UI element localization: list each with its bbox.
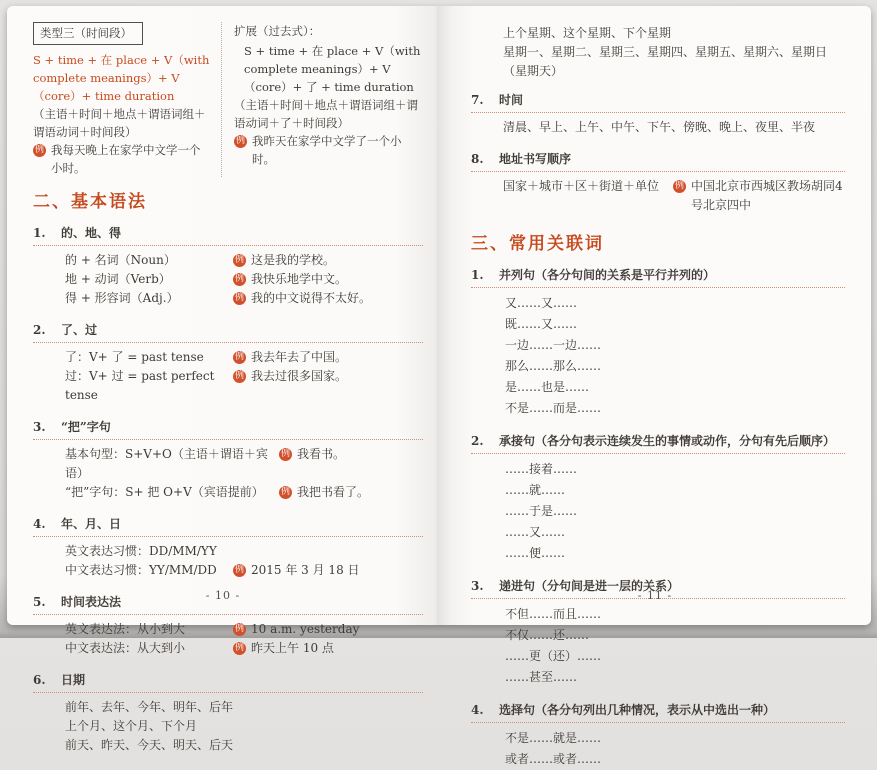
- pattern-line: 不但……而且……: [505, 604, 845, 625]
- item-number: 4.: [33, 515, 49, 534]
- rule-text: 国家＋城市＋区＋街道＋单位: [503, 177, 659, 196]
- item6-continuation: 上个星期、这个星期、下个星期 星期一、星期二、星期三、星期四、星期五、星期六、星…: [503, 24, 845, 81]
- pattern-line: ……又……: [505, 522, 845, 543]
- pattern-type3-gloss: （主语＋时间＋地点＋谓语词组＋谓语动词＋时间段）: [33, 105, 211, 141]
- pattern-line: ……就……: [505, 480, 845, 501]
- pattern-type3-formula: S + time + 在 place + V（with complete mea…: [33, 51, 211, 105]
- pattern-line: 既……又……: [505, 314, 845, 335]
- page-left: 类型三（时间段） S + time + 在 place + V（with com…: [7, 6, 439, 625]
- item-title: “把”字句: [61, 418, 111, 437]
- example-text: 我的中文说得不太好。: [251, 289, 371, 308]
- item-lines: 不但……而且…… 不仅……还…… ……更（还）…… ……甚至……: [505, 604, 845, 638]
- example-badge: 例: [233, 273, 246, 286]
- section-title-conjunctions: 三、常用关联词: [471, 235, 845, 254]
- conjunction-item-2: 2. 承接句（各分句表示连续发生的事情或动作，分句有先后顺序） ……接着…… ……: [471, 432, 845, 564]
- page-number-right: - 11 -: [439, 586, 871, 605]
- item-rows: 基本句型：S+V+O（主语＋谓语＋宾语） 例 我看书。 “把”字句：S+ 把 O…: [65, 445, 423, 502]
- example-text: 10 a.m. yesterday: [251, 620, 359, 638]
- pattern-line: ……于是……: [505, 501, 845, 522]
- section-title-basic-grammar: 二、基本语法: [33, 193, 423, 212]
- grammar-item-7: 7. 时间 清晨、早上、上午、中午、下午、傍晚、晚上、夜里、半夜: [471, 91, 845, 137]
- rule-row: 中文表达习惯：YY/MM/DD 例 2015 年 3 月 18 日: [65, 561, 423, 580]
- pattern-line: 那么……那么……: [505, 356, 845, 377]
- sentence-pattern-block: 类型三（时间段） S + time + 在 place + V（with com…: [33, 22, 423, 177]
- pattern-line: 不仅……还……: [505, 625, 845, 638]
- example-badge: 例: [234, 135, 247, 148]
- example-text: 中国北京市西城区教场胡同4号北京四中: [691, 177, 845, 215]
- rule-row: 国家＋城市＋区＋街道＋单位 例 中国北京市西城区教场胡同4号北京四中: [503, 177, 845, 215]
- vocab-line: 星期一、星期二、星期三、星期四、星期五、星期六、星期日（星期天）: [503, 43, 845, 81]
- pattern-line: ……接着……: [505, 459, 845, 480]
- item-heading: 2. 承接句（各分句表示连续发生的事情或动作，分句有先后顺序）: [471, 432, 845, 454]
- example-badge: 例: [33, 144, 46, 157]
- item-heading: 2. 了、过: [33, 321, 423, 343]
- example-badge: 例: [233, 370, 246, 383]
- example-text: 我昨天在家学中文学了一个小时。: [252, 132, 423, 168]
- example-badge: 例: [233, 254, 246, 267]
- item-heading: 3. “把”字句: [33, 418, 423, 440]
- rule-text: 基本句型：S+V+O（主语＋谓语＋宾语）: [65, 445, 279, 483]
- rule-row: 的 + 名词（Noun） 例 这是我的学校。: [65, 251, 423, 270]
- example-badge: 例: [233, 623, 246, 636]
- book-spread: 类型三（时间段） S + time + 在 place + V（with com…: [7, 6, 871, 625]
- pattern-extension-column: 扩展（过去式）： S + time + 在 place + V（with com…: [221, 22, 423, 177]
- rule-text: 了：V+ 了 = past tense: [65, 348, 233, 367]
- example-badge: 例: [233, 564, 246, 577]
- grammar-item-8: 8. 地址书写顺序 国家＋城市＋区＋街道＋单位 例 中国北京市西城区教场胡同4号…: [471, 150, 845, 215]
- item-number: 3.: [33, 418, 49, 437]
- example-text: 2015 年 3 月 18 日: [251, 561, 360, 580]
- rule-text: 中文表达习惯：YY/MM/DD: [65, 561, 233, 580]
- item-rows: 的 + 名词（Noun） 例 这是我的学校。 地 + 动词（Verb） 例 我快…: [65, 251, 423, 308]
- rule-row: 英文表达习惯：DD/MM/YY: [65, 542, 423, 561]
- item-heading: 8. 地址书写顺序: [471, 150, 845, 172]
- page-right: 上个星期、这个星期、下个星期 星期一、星期二、星期三、星期四、星期五、星期六、星…: [439, 6, 871, 625]
- rule-text: 英文表达习惯：DD/MM/YY: [65, 542, 233, 561]
- vocab-line: 清晨、早上、上午、中午、下午、傍晚、晚上、夜里、半夜: [503, 118, 845, 137]
- grammar-item-4: 4. 年、月、日 英文表达习惯：DD/MM/YY 中文表达习惯：YY/MM/DD…: [33, 515, 423, 580]
- item-title: 时间: [499, 91, 523, 110]
- rule-row: 了：V+ 了 = past tense 例 我去年去了中国。: [65, 348, 423, 367]
- rule-row: “把”字句：S+ 把 O+V（宾语提前） 例 我把书看了。: [65, 483, 423, 502]
- item-rows: 英文表达习惯：DD/MM/YY 中文表达习惯：YY/MM/DD 例 2015 年…: [65, 542, 423, 580]
- example-badge: 例: [279, 486, 292, 499]
- grammar-item-3: 3. “把”字句 基本句型：S+V+O（主语＋谓语＋宾语） 例 我看书。 “把”…: [33, 418, 423, 502]
- example-line: 例 我昨天在家学中文学了一个小时。: [234, 132, 423, 168]
- pattern-type3-column: 类型三（时间段） S + time + 在 place + V（with com…: [33, 22, 211, 177]
- example-text: 我去过很多国家。: [251, 367, 347, 386]
- rule-text: 英文表达法：从小到大: [65, 620, 233, 638]
- item-heading: 7. 时间: [471, 91, 845, 113]
- pattern-type3-title: 类型三（时间段）: [33, 22, 143, 45]
- item-title: 的、地、得: [61, 224, 121, 243]
- example-text: 我去年去了中国。: [251, 348, 347, 367]
- item-number: 1.: [33, 224, 49, 243]
- example-text: 我快乐地学中文。: [251, 270, 347, 289]
- vocab-line: 上个星期、这个星期、下个星期: [503, 24, 845, 43]
- rule-row: 过：V+ 过 = past perfect tense 例 我去过很多国家。: [65, 367, 423, 405]
- item-number: 2.: [471, 432, 487, 451]
- item-number: 7.: [471, 91, 487, 110]
- example-text: 我每天晚上在家学中文学一个小时。: [51, 141, 211, 177]
- example-badge: 例: [233, 292, 246, 305]
- item-title: 承接句（各分句表示连续发生的事情或动作，分句有先后顺序）: [499, 432, 835, 451]
- rule-text: 过：V+ 过 = past perfect tense: [65, 367, 233, 405]
- item-number: 1.: [471, 266, 487, 285]
- grammar-item-2: 2. 了、过 了：V+ 了 = past tense 例 我去年去了中国。 过：…: [33, 321, 423, 405]
- rule-row: 基本句型：S+V+O（主语＋谓语＋宾语） 例 我看书。: [65, 445, 423, 483]
- pattern-line: 又……又……: [505, 293, 845, 314]
- example-badge: 例: [673, 180, 686, 193]
- example-text: 我把书看了。: [297, 483, 369, 502]
- pattern-extension-formula: S + time + 在 place + V（with complete mea…: [234, 42, 423, 96]
- rule-row: 地 + 动词（Verb） 例 我快乐地学中文。: [65, 270, 423, 289]
- item-lines: ……接着…… ……就…… ……于是…… ……又…… ……便……: [505, 459, 845, 564]
- item-number: 8.: [471, 150, 487, 169]
- item-lines: 清晨、早上、上午、中午、下午、傍晚、晚上、夜里、半夜: [503, 118, 845, 137]
- rule-text: 地 + 动词（Verb）: [65, 270, 233, 289]
- pattern-extension-gloss: （主语＋时间＋地点＋谓语词组＋谓语动词＋了＋时间段）: [234, 96, 423, 132]
- rule-row: 得 + 形容词（Adj.） 例 我的中文说得不太好。: [65, 289, 423, 308]
- item-number: 2.: [33, 321, 49, 340]
- rule-row: 英文表达法：从小到大 例 10 a.m. yesterday: [65, 620, 423, 638]
- item-title: 了、过: [61, 321, 97, 340]
- pattern-line: 一边……一边……: [505, 335, 845, 356]
- item-title: 并列句（各分句间的关系是平行并列的）: [499, 266, 715, 285]
- example-badge: 例: [233, 351, 246, 364]
- rule-text: 得 + 形容词（Adj.）: [65, 289, 233, 308]
- item-title: 年、月、日: [61, 515, 121, 534]
- conjunction-item-1: 1. 并列句（各分句间的关系是平行并列的） 又……又…… 既……又…… 一边………: [471, 266, 845, 419]
- example-line: 例 我每天晚上在家学中文学一个小时。: [33, 141, 211, 177]
- item-rows: 了：V+ 了 = past tense 例 我去年去了中国。 过：V+ 过 = …: [65, 348, 423, 405]
- rule-text: “把”字句：S+ 把 O+V（宾语提前）: [65, 483, 279, 502]
- example-badge: 例: [279, 448, 292, 461]
- item-rows: 英文表达法：从小到大 例 10 a.m. yesterday 中文表达法：从大到…: [65, 620, 423, 638]
- pattern-line: ……便……: [505, 543, 845, 564]
- pattern-line: 是……也是……: [505, 377, 845, 398]
- pattern-line: 不是……而是……: [505, 398, 845, 419]
- pattern-extension-title: 扩展（过去式）：: [234, 22, 423, 40]
- grammar-item-1: 1. 的、地、得 的 + 名词（Noun） 例 这是我的学校。 地 + 动词（V…: [33, 224, 423, 308]
- example-text: 我看书。: [297, 445, 345, 464]
- item-heading: 4. 年、月、日: [33, 515, 423, 537]
- item-lines: 又……又…… 既……又…… 一边……一边…… 那么……那么…… 是……也是…… …: [505, 293, 845, 419]
- example-text: 这是我的学校。: [251, 251, 335, 270]
- item-title: 地址书写顺序: [499, 150, 571, 169]
- page-number-left: - 10 -: [7, 586, 439, 605]
- item-heading: 1. 的、地、得: [33, 224, 423, 246]
- rule-text: 的 + 名词（Noun）: [65, 251, 233, 270]
- item-heading: 1. 并列句（各分句间的关系是平行并列的）: [471, 266, 845, 288]
